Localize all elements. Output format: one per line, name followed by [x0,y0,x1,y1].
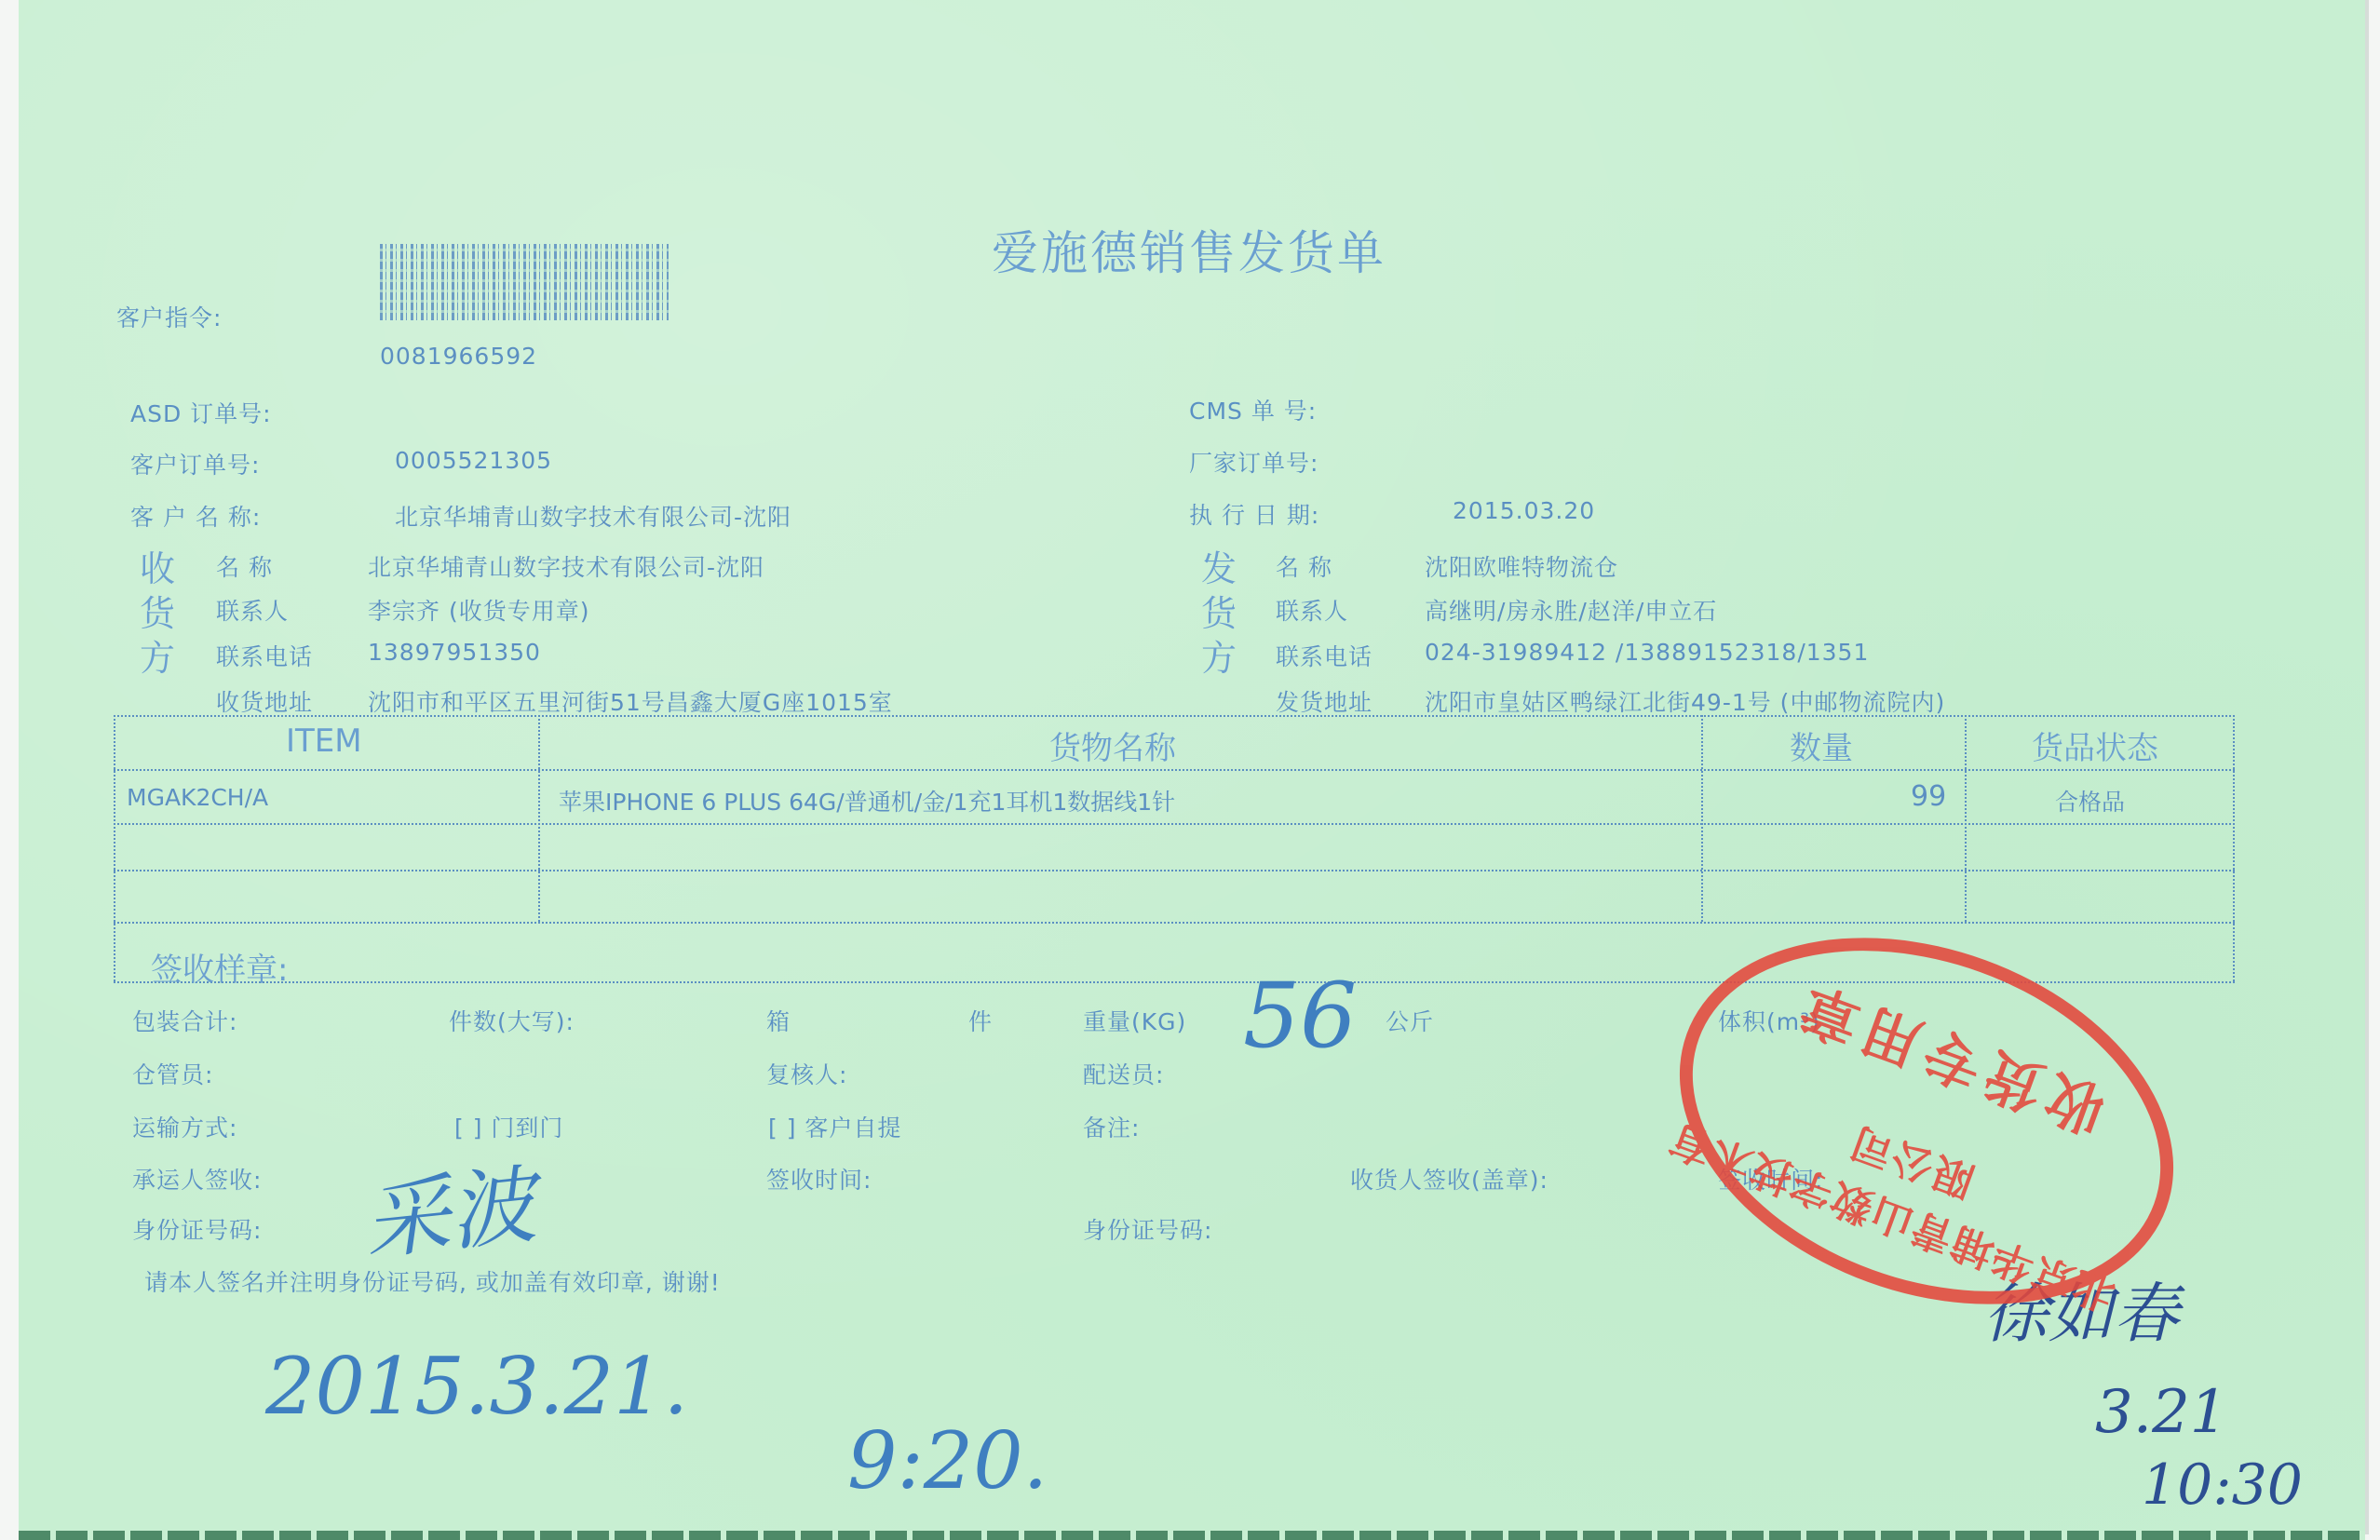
column-header-goods-name: 货物名称 [1049,723,1176,768]
receiver-date-handwritten: 3.21 [2095,1378,2228,1447]
receiver-name: 北京华埔青山数字技术有限公司-沈阳 [368,549,764,583]
reviewer-label: 复核人: [766,1057,847,1090]
asd-order-label: ASD 订单号: [130,396,272,429]
sender-phone-label: 联系电话 [1276,639,1373,672]
receiver-name-label: 名 称 [216,549,273,583]
pieces-label: 件数(大写): [449,1004,575,1037]
factory-order-label: 厂家订单号: [1189,445,1318,479]
receiver-contact: 李宗齐 (收货专用章) [368,593,589,627]
sender-address: 沈阳市皇姑区鸭绿江北街49-1号 (中邮物流院内) [1425,684,1945,718]
sign-time-label: 签收时间: [766,1162,872,1196]
exec-date-label: 执 行 日 期: [1189,497,1319,531]
signature-sample-label: 签收样章: [151,944,288,990]
receiver-address-label: 收货地址 [216,684,313,718]
sender-name-label: 名 称 [1276,549,1332,583]
sender-name: 沈阳欧唯特物流仓 [1425,549,1618,583]
cms-order-label: CMS 单 号: [1189,393,1317,426]
carrier-sign-label: 承运人签收: [132,1162,262,1196]
customer-order-label: 客户订单号: [130,447,260,480]
receiver-address: 沈阳市和平区五里河街51号昌鑫大厦G座1015室 [368,684,893,718]
delivery-person-label: 配送员: [1083,1057,1164,1090]
remark-label: 备注: [1083,1110,1140,1143]
sender-side-label-2: 货 [1201,585,1237,636]
carrier-signature: 采波 [358,1137,541,1277]
sender-side-label-1: 发 [1201,540,1237,591]
column-header-quantity: 数量 [1790,723,1853,768]
sender-phone: 024-31989412 /13889152318/1351 [1425,639,1869,666]
row-goods-name: 苹果IPHONE 6 PLUS 64G/普通机/金/1充1耳机1数据线1针 [559,784,1175,817]
carrier-time-handwritten: 9:20. [847,1415,1048,1506]
barcode [380,244,669,320]
customer-name-label: 客 户 名 称: [130,499,261,533]
piece-label: 件 [968,1004,993,1037]
id-number-label-right: 身份证号码: [1083,1212,1212,1246]
receiver-side-label-2: 货 [140,585,176,636]
customer-order-value: 0005521305 [395,447,552,474]
transport-label: 运输方式: [132,1110,237,1143]
receiver-contact-label: 联系人 [216,593,289,627]
receiver-phone-label: 联系电话 [216,639,313,672]
sender-contact: 高继明/房永胜/赵洋/申立石 [1425,593,1717,627]
document-title: 爱施德销售发货单 [992,216,1386,283]
warehouse-keeper-label: 仓管员: [132,1057,213,1090]
receiver-sign-label: 收货人签收(盖章): [1350,1162,1548,1196]
box-label: 箱 [766,1004,791,1037]
column-header-status: 货品状态 [2032,723,2158,768]
self-pickup-checkbox[interactable]: [ ] 客户自提 [768,1110,901,1143]
barcode-number: 0081966592 [380,343,537,370]
row-quantity: 99 [1911,780,1946,813]
package-total-label: 包装合计: [132,1004,237,1037]
weight-label: 重量(KG) [1083,1004,1186,1037]
row-item-code: MGAK2CH/A [127,784,268,811]
receiver-time-handwritten: 10:30 [2142,1452,2303,1518]
row-status: 合格品 [2055,784,2125,817]
sender-contact-label: 联系人 [1276,593,1348,627]
customer-instruction-label: 客户指令: [116,300,222,333]
weight-unit: 公斤 [1386,1004,1434,1037]
sender-side-label-3: 方 [1201,629,1237,681]
perforation-edge [19,1531,2365,1540]
id-number-label-left: 身份证号码: [132,1212,262,1246]
carrier-date-handwritten: 2015.3.21. [265,1341,688,1432]
weight-value-handwritten: 56 [1243,964,1357,1068]
receiver-side-label-3: 方 [140,629,176,681]
exec-date-value: 2015.03.20 [1453,497,1595,524]
sender-address-label: 发货地址 [1276,684,1373,718]
receiver-phone: 13897951350 [368,639,541,666]
customer-name-value: 北京华埔青山数字技术有限公司-沈阳 [395,499,791,533]
receiver-side-label-1: 收 [140,540,176,591]
column-header-item: ITEM [286,723,362,760]
